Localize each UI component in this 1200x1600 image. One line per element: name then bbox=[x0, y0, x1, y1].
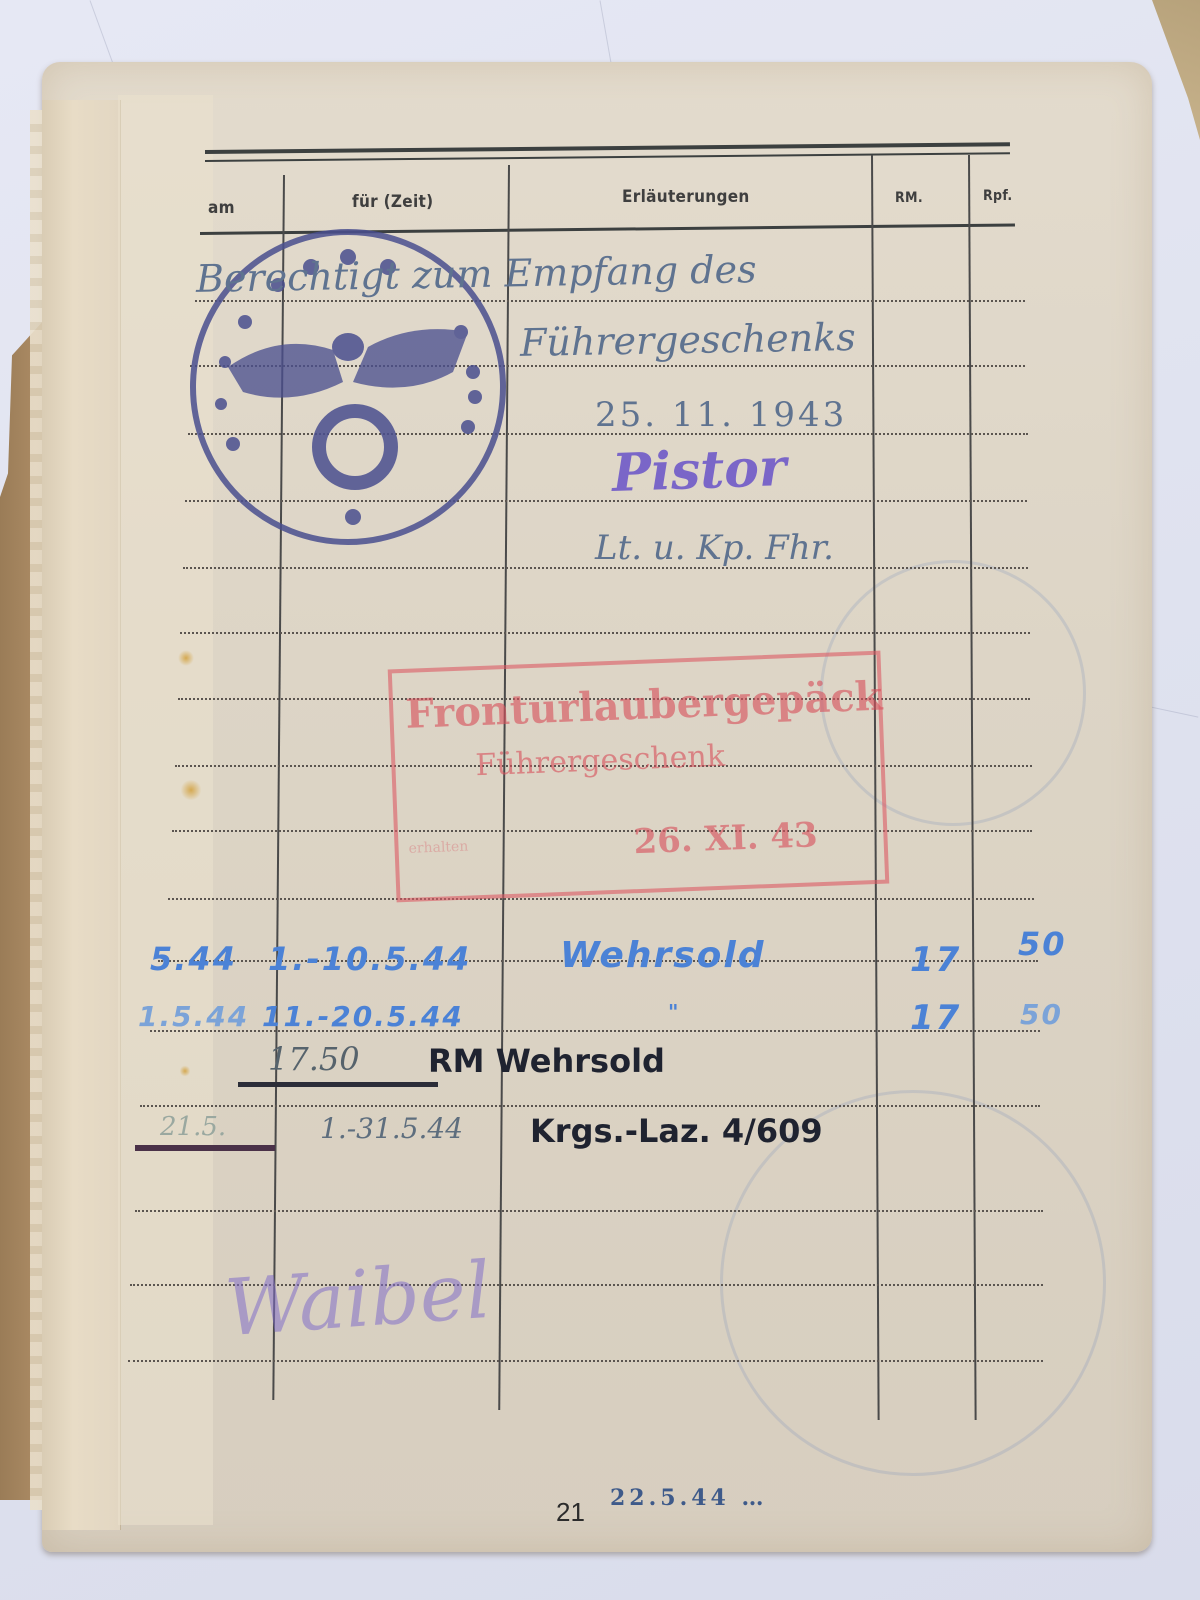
pay-row-2-erlaeuterung: " bbox=[668, 1000, 680, 1024]
column-header-rm: RM. bbox=[895, 190, 923, 206]
ruled-line bbox=[140, 1105, 1040, 1107]
ruled-line bbox=[180, 632, 1030, 634]
stamp-row-1-text: RM Wehrsold bbox=[428, 1042, 665, 1080]
pay-row-1-erlaeuterung: Wehrsold bbox=[560, 935, 765, 976]
ruled-line bbox=[135, 1210, 1043, 1212]
pay-row-2-am: 1.5.44 bbox=[138, 1000, 249, 1033]
stamp-row-2-zeit: 1.-31.5.44 bbox=[320, 1112, 463, 1145]
column-divider bbox=[968, 155, 976, 1420]
page-number: 21 bbox=[556, 1497, 585, 1528]
pay-row-1-rpf: 50 bbox=[1018, 925, 1067, 963]
stamp-row-2-text: Krgs.-Laz. 4/609 bbox=[530, 1112, 823, 1150]
stamp-underline bbox=[135, 1145, 275, 1151]
column-header-zeit: für (Zeit) bbox=[352, 192, 433, 212]
column-header-am: am bbox=[208, 198, 235, 218]
header-rule-top bbox=[205, 142, 1010, 154]
red-stamp-line3: erhalten bbox=[408, 839, 468, 857]
bottom-signature: Waibel bbox=[222, 1246, 494, 1354]
red-stamp-line1: Fronturlaubergepäck bbox=[405, 673, 884, 738]
stamp-row-1-amount: 17.50 bbox=[268, 1040, 360, 1078]
officer-signature: Pistor bbox=[611, 437, 787, 504]
column-header-erlaeuterungen: Erläuterungen bbox=[622, 187, 750, 207]
stamp-row-2-am: 21.5. bbox=[160, 1112, 226, 1142]
ruled-line bbox=[168, 898, 1034, 900]
officer-rank: Lt. u. Kp. Fhr. bbox=[595, 528, 834, 568]
handwritten-authorization-line2: Führergeschenks bbox=[520, 315, 856, 365]
pay-row-1-am: 5.44 bbox=[150, 940, 237, 978]
red-stamp-date: 26. XI. 43 bbox=[633, 815, 819, 862]
red-rectangular-stamp: Fronturlaubergepäck Führergeschenk erhal… bbox=[388, 651, 890, 903]
pay-row-1-zeit: 1.-10.5.44 bbox=[268, 940, 471, 978]
stamp-underline bbox=[238, 1082, 438, 1087]
pay-row-2-rpf: 50 bbox=[1020, 998, 1063, 1031]
ruled-line bbox=[128, 1360, 1043, 1362]
red-stamp-line2: Führergeschenk bbox=[475, 739, 726, 784]
column-header-rpf: Rpf. bbox=[983, 188, 1012, 204]
pay-row-1-rm: 17 bbox=[910, 940, 961, 980]
pay-row-2-zeit: 11.-20.5.44 bbox=[262, 1000, 464, 1033]
header-rule-top-thin bbox=[205, 152, 1010, 161]
pay-row-2-rm: 17 bbox=[910, 998, 961, 1038]
footer-ink-marks: 22.5.44 … bbox=[610, 1485, 768, 1511]
handwritten-date: 25. 11. 1943 bbox=[595, 395, 847, 435]
